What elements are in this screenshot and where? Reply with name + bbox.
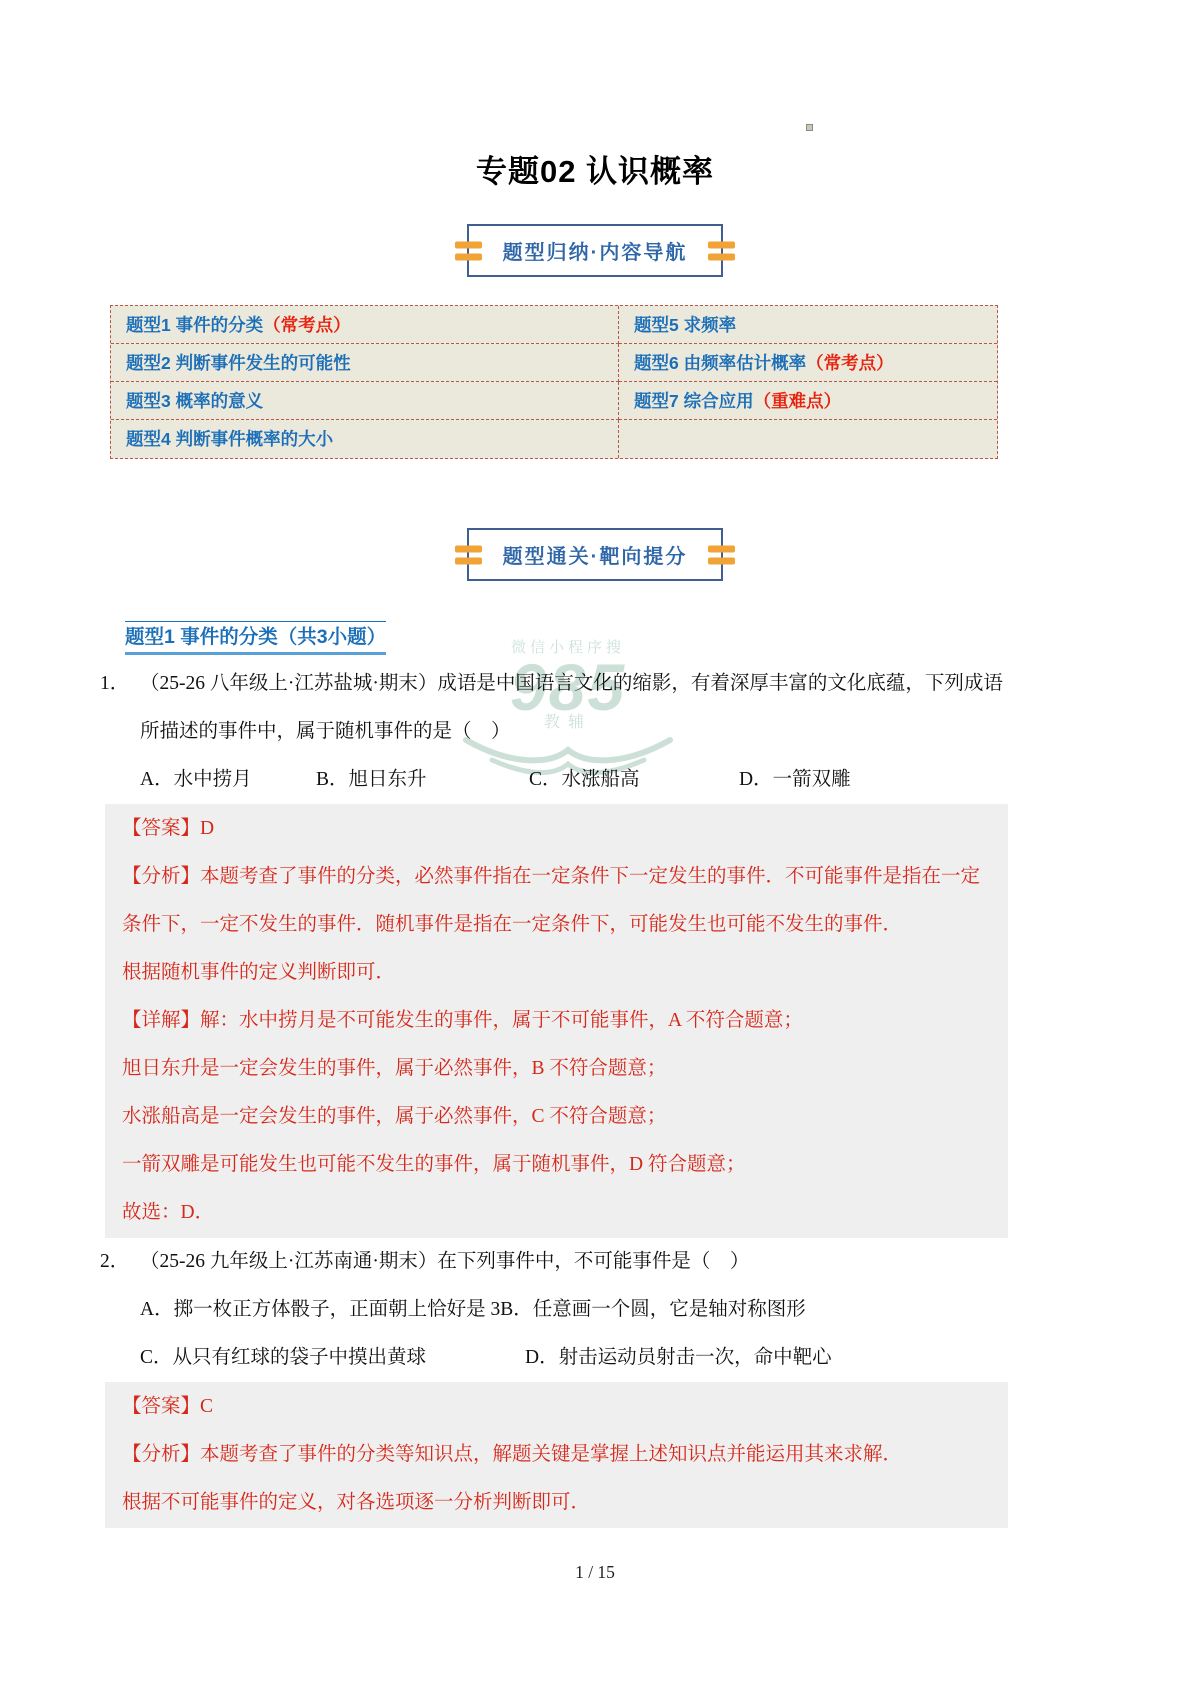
- question-stem: （25-26 八年级上·江苏盐城·期末）成语是中国语言文化的缩影，有着深厚丰富的…: [140, 660, 1010, 756]
- document-page: 微信小程序搜 985 教辅 专题02 认识概率 题型归纳·内容导航 题型1 事件…: [0, 0, 1190, 1683]
- answer-line: 【答案】C: [122, 1383, 993, 1431]
- option-d: D．射击运动员射击一次，命中靶心: [525, 1334, 832, 1382]
- analysis-label: 【分析】: [122, 866, 200, 887]
- detail-line: 一箭双雕是可能发生也可能不发生的事件，属于随机事件，D 符合题意；: [122, 1141, 993, 1189]
- nav-cell-label: 题型1 事件的分类: [126, 315, 263, 335]
- analysis-text: 本题考查了事件的分类等知识点，解题关键是掌握上述知识点并能运用其来求解．: [200, 1444, 902, 1465]
- analysis-label: 【分析】: [122, 1444, 200, 1465]
- nav-cell-label: 题型4 判断事件概率的大小: [126, 429, 333, 449]
- nav-cell-type1: 题型1 事件的分类（常考点）: [111, 306, 619, 344]
- question-number: 2．: [100, 1238, 129, 1286]
- detail-label: 【详解】: [122, 1010, 200, 1031]
- nav-cell-label: 题型2 判断事件发生的可能性: [126, 353, 351, 373]
- nav-cell-type5: 题型5 求频率: [619, 306, 997, 344]
- option-a: A．掷一枚正方体骰子，正面朝上恰好是 3: [140, 1286, 500, 1334]
- banner-nav-wrap: 题型归纳·内容导航: [0, 224, 1190, 277]
- question-2: 2． （25-26 九年级上·江苏南通·期末）在下列事件中，不可能事件是（ ） …: [100, 1238, 1010, 1382]
- section-heading: 题型1 事件的分类（共3小题）: [125, 621, 386, 655]
- detail-line: 水涨船高是一定会发生的事件，属于必然事件，C 不符合题意；: [122, 1093, 993, 1141]
- practice-banner-label: 题型通关·靶向提分: [503, 546, 688, 568]
- analysis-line: 【分析】本题考查了事件的分类等知识点，解题关键是掌握上述知识点并能运用其来求解．: [122, 1431, 993, 1479]
- detail-line: 旭日东升是一定会发生的事件，属于必然事件，B 不符合题意；: [122, 1045, 993, 1093]
- nav-cell-label: 题型5 求频率: [634, 315, 736, 335]
- nav-cell-type4: 题型4 判断事件概率的大小: [111, 420, 619, 458]
- double-bars-icon: [455, 241, 482, 260]
- nav-cell-tag: （常考点）: [806, 353, 894, 373]
- nav-cell-tag: （重难点）: [754, 391, 842, 411]
- nav-cell-label: 题型7 综合应用: [634, 391, 754, 411]
- options-row: C．从只有红球的袋子中摸出黄球D．射击运动员射击一次，命中靶心: [140, 1334, 1010, 1382]
- answer-value: C: [200, 1396, 213, 1417]
- double-bars-icon: [708, 545, 735, 564]
- analysis-text: 本题考查了事件的分类，必然事件指在一定条件下一定发生的事件．不可能事件是指在一定…: [122, 866, 980, 935]
- nav-cell-label: 题型6 由频率估计概率: [634, 353, 806, 373]
- answer-label: 【答案】: [122, 818, 200, 839]
- practice-banner: 题型通关·靶向提分: [467, 528, 724, 581]
- question-stem: （25-26 九年级上·江苏南通·期末）在下列事件中，不可能事件是（ ）: [140, 1238, 1010, 1286]
- page-number: 1 / 15: [0, 1548, 1190, 1596]
- double-bars-icon: [455, 545, 482, 564]
- option-b: B．任意画一个圆，它是轴对称图形: [500, 1286, 806, 1334]
- nav-cell-type2: 题型2 判断事件发生的可能性: [111, 344, 619, 382]
- page-title: 专题02 认识概率: [0, 146, 1190, 191]
- analysis-line: 【分析】本题考查了事件的分类，必然事件指在一定条件下一定发生的事件．不可能事件是…: [122, 853, 993, 949]
- option-c: C．水涨船高: [529, 756, 739, 804]
- nav-cell-label: 题型3 概率的意义: [126, 391, 263, 411]
- option-a: A．水中捞月: [140, 756, 316, 804]
- option-b: B．旭日东升: [316, 756, 529, 804]
- option-d: D．一箭双雕: [739, 756, 851, 804]
- answer-block-2: 【答案】C 【分析】本题考查了事件的分类等知识点，解题关键是掌握上述知识点并能运…: [105, 1382, 1008, 1528]
- nav-cell-tag: （常考点）: [263, 315, 351, 335]
- nav-cell-empty: [619, 420, 997, 458]
- answer-block-1: 【答案】D 【分析】本题考查了事件的分类，必然事件指在一定条件下一定发生的事件．…: [105, 804, 1008, 1238]
- detail-line: 【详解】解：水中捞月是不可能发生的事件，属于不可能事件，A 不符合题意；: [122, 997, 993, 1045]
- banner-practice-wrap: 题型通关·靶向提分: [0, 528, 1190, 581]
- option-c: C．从只有红球的袋子中摸出黄球: [140, 1334, 525, 1382]
- question-type-table: 题型1 事件的分类（常考点） 题型5 求频率 题型2 判断事件发生的可能性 题型…: [110, 305, 998, 459]
- options-row: A．掷一枚正方体骰子，正面朝上恰好是 3B．任意画一个圆，它是轴对称图形: [140, 1286, 1010, 1334]
- detail-text: 解：水中捞月是不可能发生的事件，属于不可能事件，A 不符合题意；: [200, 1010, 803, 1031]
- nav-cell-type6: 题型6 由频率估计概率（常考点）: [619, 344, 997, 382]
- answer-line: 【答案】D: [122, 805, 993, 853]
- nav-cell-type7: 题型7 综合应用（重难点）: [619, 382, 997, 420]
- answer-label: 【答案】: [122, 1396, 200, 1417]
- nav-cell-type3: 题型3 概率的意义: [111, 382, 619, 420]
- question-1: 1． （25-26 八年级上·江苏盐城·期末）成语是中国语言文化的缩影，有着深厚…: [100, 660, 1010, 804]
- double-bars-icon: [708, 241, 735, 260]
- analysis-line: 根据不可能事件的定义，对各选项逐一分析判断即可．: [122, 1479, 993, 1527]
- conclusion-line: 故选：D．: [122, 1189, 993, 1237]
- analysis-line: 根据随机事件的定义判断即可．: [122, 949, 993, 997]
- options-row: A．水中捞月B．旭日东升C．水涨船高D．一箭双雕: [140, 756, 1010, 804]
- nav-banner-label: 题型归纳·内容导航: [503, 242, 688, 264]
- scan-artifact-dot: [806, 124, 813, 131]
- nav-banner: 题型归纳·内容导航: [467, 224, 724, 277]
- question-number: 1．: [100, 660, 129, 708]
- answer-value: D: [200, 818, 214, 839]
